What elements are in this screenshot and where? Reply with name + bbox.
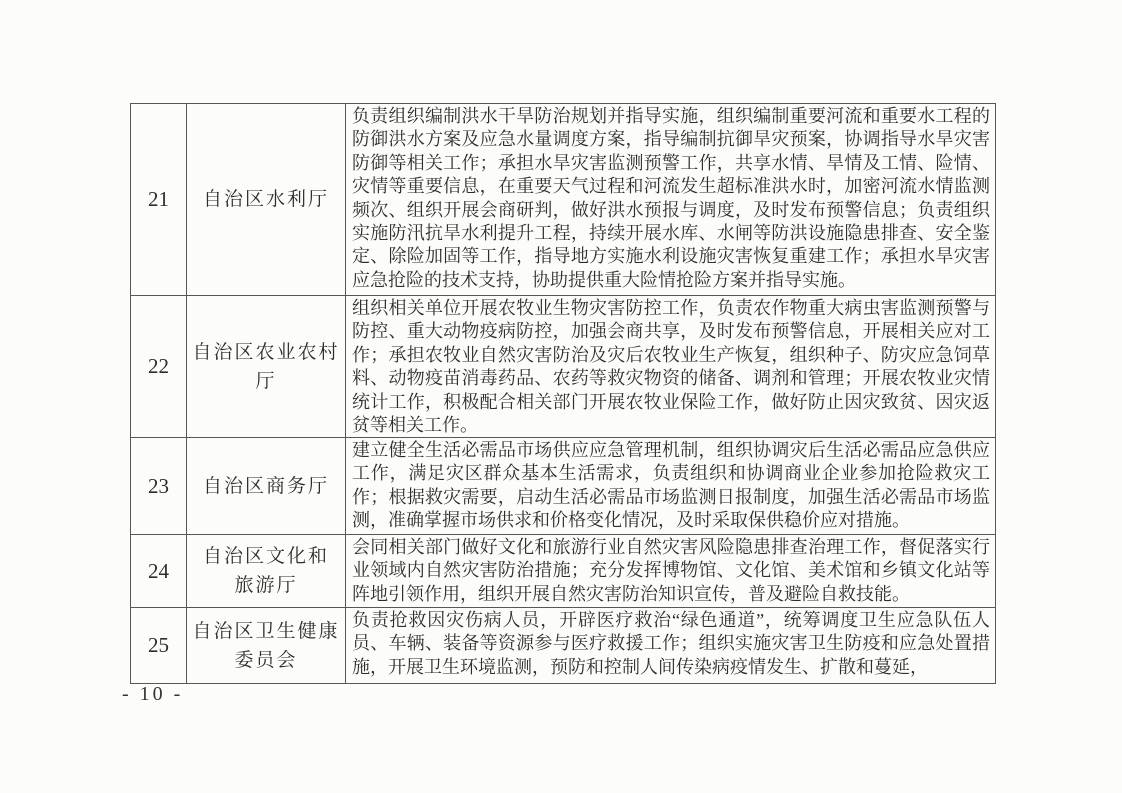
row-number: 22: [131, 296, 187, 438]
duty-description: 负责抢救因灾伤病人员，开辟医疗救治“绿色通道”，统筹调度卫生应急队伍人员、车辆、…: [346, 608, 996, 684]
department-name: 自治区农业农村厅: [187, 296, 346, 438]
row-number: 25: [131, 608, 187, 684]
table-row: 21 自治区水利厅 负责组织编制洪水干旱防治规划并指导实施，组织编制重要河流和重…: [131, 104, 996, 296]
department-name: 自治区文化和 旅游厅: [187, 535, 346, 608]
page-number: - 10 -: [122, 683, 183, 706]
duty-description: 会同相关部门做好文化和旅游行业自然灾害风险隐患排查治理工作，督促落实行业领域内自…: [346, 535, 996, 608]
row-number: 23: [131, 438, 187, 535]
row-number: 24: [131, 535, 187, 608]
table-row: 22 自治区农业农村厅 组织相关单位开展农牧业生物灾害防控工作，负责农作物重大病…: [131, 296, 996, 438]
duty-description: 建立健全生活必需品市场供应应急管理机制，组织协调灾后生活必需品应急供应工作，满足…: [346, 438, 996, 535]
row-number: 21: [131, 104, 187, 296]
department-name: 自治区水利厅: [187, 104, 346, 296]
department-name: 自治区商务厅: [187, 438, 346, 535]
table-row: 25 自治区卫生健康 委员会 负责抢救因灾伤病人员，开辟医疗救治“绿色通道”，统…: [131, 608, 996, 684]
duty-description: 负责组织编制洪水干旱防治规划并指导实施，组织编制重要河流和重要水工程的防御洪水方…: [346, 104, 996, 296]
table-row: 24 自治区文化和 旅游厅 会同相关部门做好文化和旅游行业自然灾害风险隐患排查治…: [131, 535, 996, 608]
department-name: 自治区卫生健康 委员会: [187, 608, 346, 684]
document-page: 21 自治区水利厅 负责组织编制洪水干旱防治规划并指导实施，组织编制重要河流和重…: [0, 0, 1122, 793]
responsibility-table: 21 自治区水利厅 负责组织编制洪水干旱防治规划并指导实施，组织编制重要河流和重…: [130, 103, 996, 684]
table-row: 23 自治区商务厅 建立健全生活必需品市场供应应急管理机制，组织协调灾后生活必需…: [131, 438, 996, 535]
duty-description: 组织相关单位开展农牧业生物灾害防控工作，负责农作物重大病虫害监测预警与防控、重大…: [346, 296, 996, 438]
